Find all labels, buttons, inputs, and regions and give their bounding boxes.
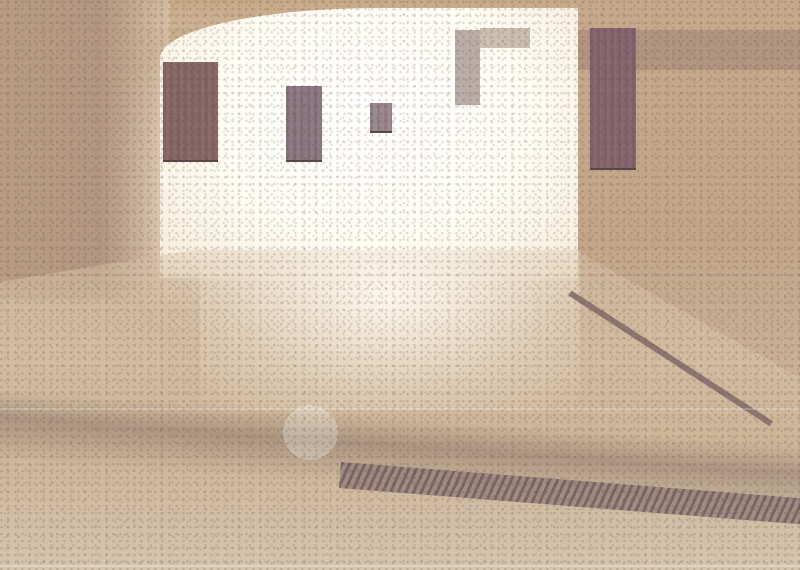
balcony <box>455 30 480 105</box>
door <box>590 28 636 170</box>
sunlit-pavement <box>200 250 580 410</box>
scan-streak <box>0 408 800 410</box>
photo-scene <box>0 0 800 570</box>
arch-opening <box>160 8 580 278</box>
door <box>163 62 218 162</box>
scan-streak <box>0 565 800 567</box>
watermark <box>283 405 338 460</box>
far-building <box>480 28 530 48</box>
window <box>370 103 392 133</box>
left-wall <box>0 0 170 300</box>
door <box>286 86 322 162</box>
